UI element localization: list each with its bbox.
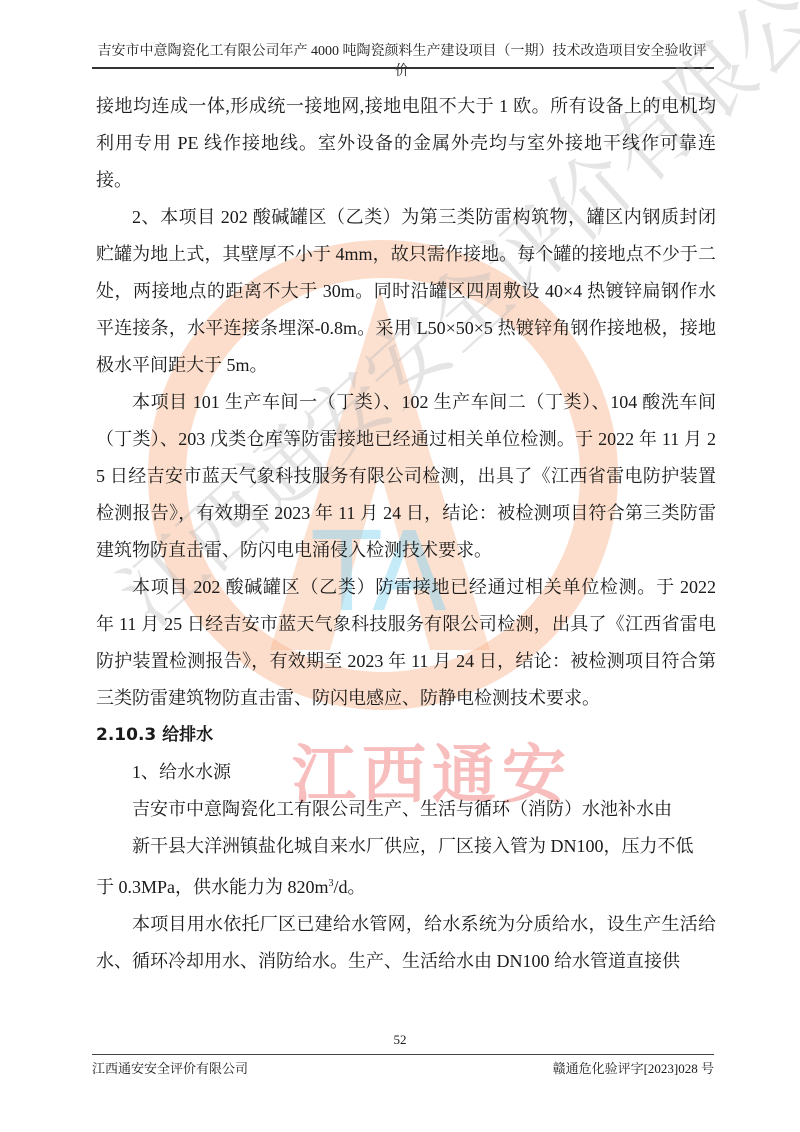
paragraph-water-supply-system: 本项目用水依托厂区已建给水管网，给水系统为分质给水，设生产生活给水、循环冷却用水… (96, 906, 716, 980)
paragraph-tank-area-grounding: 2、本项目 202 酸碱罐区（乙类）为第三类防雷构筑物，罐区内钢质封闭贮罐为地上… (96, 199, 716, 384)
running-header: 吉安市中意陶瓷化工有限公司年产 4000 吨陶瓷颜料生产建设项目（一期）技术改造… (92, 40, 712, 80)
water-source-line-1: 吉安市中意陶瓷化工有限公司生产、生活与循环（消防）水池补水由 (96, 791, 716, 828)
paragraph-grounding-continuation: 接地均连成一体,形成统一接地网,接地电阻不大于 1 欧。所有设备上的电机均利用专… (96, 88, 716, 199)
footer-divider (92, 1054, 714, 1055)
header-divider (92, 67, 714, 69)
section-heading: 2.10.3 给排水 (96, 717, 716, 754)
document-body: 接地均连成一体,形成统一接地网,接地电阻不大于 1 欧。所有设备上的电机均利用专… (96, 88, 716, 980)
water-capacity-text: 于 0.3MPa，供水能力为 820m (96, 877, 329, 897)
footer-company: 江西通安安全评价有限公司 (92, 1058, 248, 1077)
paragraph-workshop-lightning-test: 本项目 101 生产车间一（丁类）、102 生产车间二（丁类）、104 酸洗车间… (96, 384, 716, 569)
page-number: 52 (0, 1032, 800, 1048)
water-capacity-unit: /d。 (334, 877, 366, 897)
paragraph-tank-lightning-test: 本项目 202 酸碱罐区（乙类）防雷接地已经通过相关单位检测。于 2022 年 … (96, 569, 716, 717)
water-source-line-2: 新干县大洋洲镇盐化城自来水厂供应，厂区接入管为 DN100，压力不低 (96, 828, 716, 865)
water-source-line-3: 于 0.3MPa，供水能力为 820m3/d。 (96, 865, 716, 906)
subheading-water-source: 1、给水水源 (96, 754, 716, 791)
footer-doc-number: 赣通危化验评字[2023]028 号 (553, 1058, 714, 1077)
